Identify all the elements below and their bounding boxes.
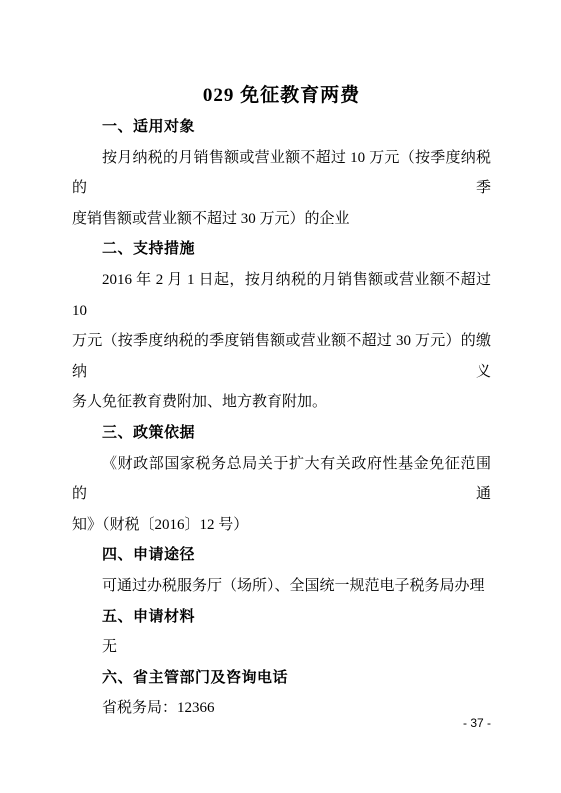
section-heading: 六、省主管部门及咨询电话 [72, 663, 491, 694]
section-heading: 三、政策依据 [72, 418, 491, 449]
doc-body: 一、适用对象 按月纳税的月销售额或营业额不超过 10 万元（按季度纳税的季 度销… [72, 112, 491, 724]
body-line: 按月纳税的月销售额或营业额不超过 10 万元（按季度纳税的季 [72, 143, 491, 204]
body-line: 务人免征教育费附加、地方教育附加。 [72, 387, 491, 418]
section-heading: 四、申请途径 [72, 540, 491, 571]
body-line: 可通过办税服务厅（场所）、全国统一规范电子税务局办理 [72, 571, 491, 602]
body-line: 万元（按季度纳税的季度销售额或营业额不超过 30 万元）的缴纳义 [72, 326, 491, 387]
document-page: 029 免征教育两费 一、适用对象 按月纳税的月销售额或营业额不超过 10 万元… [0, 0, 561, 793]
body-line: 《财政部国家税务总局关于扩大有关政府性基金免征范围的通 [72, 449, 491, 510]
doc-title: 029 免征教育两费 [72, 84, 491, 108]
section-heading: 二、支持措施 [72, 234, 491, 265]
page-number: - 37 - [463, 716, 491, 730]
body-line: 2016 年 2 月 1 日起，按月纳税的月销售额或营业额不超过 10 [72, 265, 491, 326]
body-line: 度销售额或营业额不超过 30 万元）的企业 [72, 204, 491, 235]
body-line: 省税务局：12366 [72, 693, 491, 724]
body-line: 无 [72, 632, 491, 663]
section-heading: 一、适用对象 [72, 112, 491, 143]
section-heading: 五、申请材料 [72, 602, 491, 633]
body-line: 知》（财税〔2016〕12 号） [72, 510, 491, 541]
